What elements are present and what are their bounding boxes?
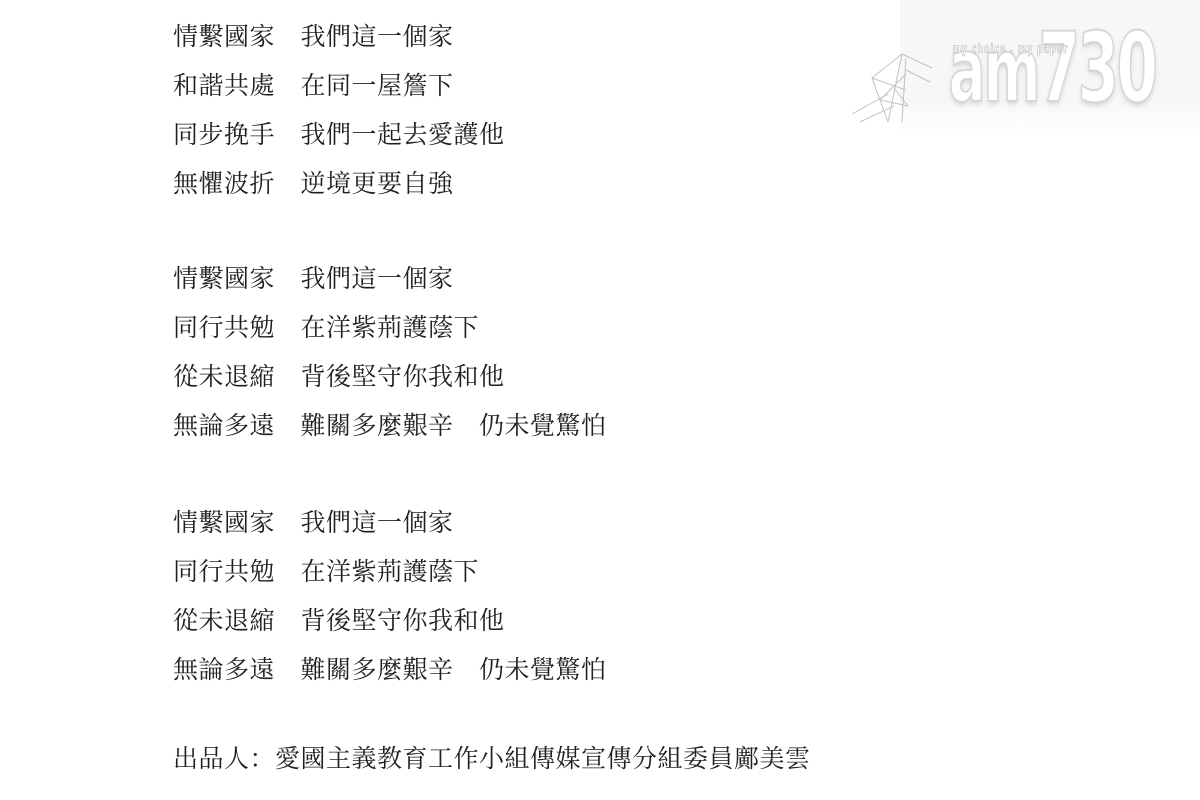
logo-730-text: 730 xyxy=(1038,12,1155,124)
lyric-sheet-page: 情繫國家 我們這一個家 和諧共處 在同一屋簷下 同步挽手 我們一起去愛護他 無懼… xyxy=(0,0,1200,800)
lyric-line: 同步挽手 我們一起去愛護他 xyxy=(173,111,811,160)
verse: 情繫國家 我們這一個家 同行共勉 在洋紫荊護蔭下 從未退縮 背後堅守你我和他 無… xyxy=(173,255,811,451)
am730-logo-lettering: my choice . my paper am730 xyxy=(948,20,1155,116)
verse: 情繫國家 我們這一個家 同行共勉 在洋紫荊護蔭下 從未退縮 背後堅守你我和他 無… xyxy=(173,499,811,695)
lyric-line: 無論多遠 難關多麼艱辛 仍未覺驚怕 xyxy=(173,646,811,695)
lyric-line: 同行共勉 在洋紫荊護蔭下 xyxy=(173,304,811,353)
lyric-line: 情繫國家 我們這一個家 xyxy=(173,499,811,548)
lyric-line: 和諧共處 在同一屋簷下 xyxy=(173,62,811,111)
logo-am-text: am xyxy=(948,19,1038,122)
lyric-line: 無論多遠 難關多麼艱辛 仍未覺驚怕 xyxy=(173,402,811,451)
logo-tagline: my choice . my paper xyxy=(952,43,1068,56)
verse: 情繫國家 我們這一個家 和諧共處 在同一屋簷下 同步挽手 我們一起去愛護他 無懼… xyxy=(173,13,811,209)
lyric-line: 情繫國家 我們這一個家 xyxy=(173,255,811,304)
lyric-line: 情繫國家 我們這一個家 xyxy=(173,13,811,62)
credit-line: 出品人：愛國主義教育工作小組傳媒宣傳分組委員鄺美雲 xyxy=(173,735,811,784)
lyric-line: 從未退縮 背後堅守你我和他 xyxy=(173,353,811,402)
lyrics-body: 情繫國家 我們這一個家 和諧共處 在同一屋簷下 同步挽手 我們一起去愛護他 無懼… xyxy=(173,13,811,784)
lyric-line: 無懼波折 逆境更要自強 xyxy=(173,160,811,209)
lyric-line: 同行共勉 在洋紫荊護蔭下 xyxy=(173,548,811,597)
lyric-line: 從未退縮 背後堅守你我和他 xyxy=(173,597,811,646)
logo-sketch-drawing-icon xyxy=(850,48,936,126)
am730-logo: my choice . my paper am730 xyxy=(822,20,1155,120)
